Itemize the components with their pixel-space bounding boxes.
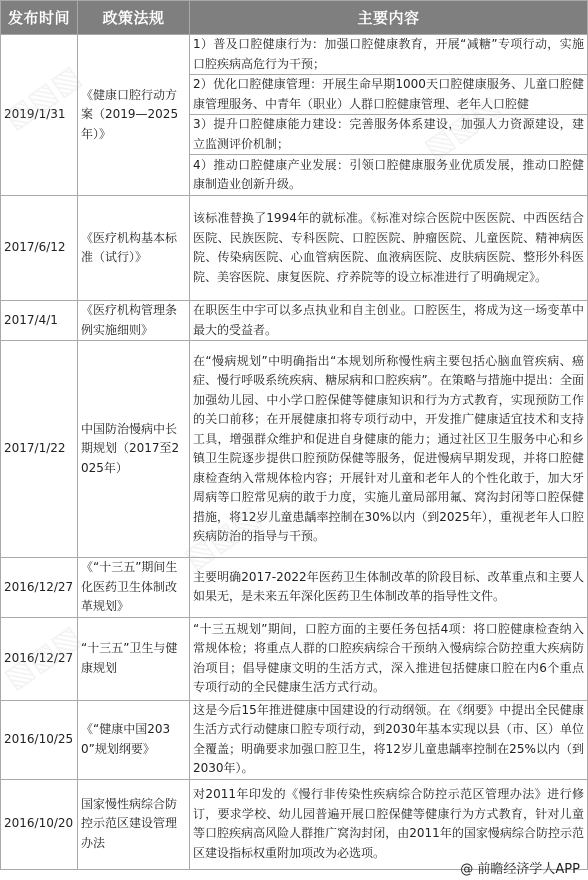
row-content-item: 1）普及口腔健康行为：加强口腔健康教育，开展“减糖”专项行动，实施口腔疾病高危行…	[190, 35, 588, 75]
row-content: 对2011年印发的《慢行非传染性疾病综合防控示范区管理办法》进行修订，要求学校、…	[190, 779, 588, 869]
row-date: 2016/12/27	[1, 617, 78, 700]
row-content: 在职医生中宇可以多点执业和自主创业。口腔医生，将成为这一场变革中最大的受益者。	[190, 301, 588, 341]
row-policy: 《医疗机构管理条例实施细则》	[78, 301, 190, 341]
table-row: 2016/12/27 “十三五”卫生与健康规划 “十三五规划”期间，口腔方面的主…	[1, 617, 588, 700]
row-date: 2017/1/22	[1, 341, 78, 558]
row-content: 这是今后15年推进健康中国建设的行动纲领。在《纲要》中提出全民健康生活方式行动健…	[190, 700, 588, 779]
row-content: 在“慢病规划”中明确指出“本规划所称慢性病主要包括心脑血管疾病、癌症、慢行呼吸系…	[190, 341, 588, 558]
header-content: 主要内容	[190, 1, 588, 35]
row-content: “十三五规划”期间，口腔方面的主要任务包括4项：将口腔健康检查纳入常规体检；将重…	[190, 617, 588, 700]
row-content: 主要明确2017-2022年医药卫生体制改革的阶段目标、改革重点和主要人如果无，…	[190, 558, 588, 618]
header-date: 发布时间	[1, 1, 78, 35]
row-policy: 《医疗机构基本标准（试行）》	[78, 196, 190, 301]
row-date: 2017/4/1	[1, 301, 78, 341]
row-date: 2016/12/27	[1, 558, 78, 618]
row-policy: “十三五”卫生与健康规划	[78, 617, 190, 700]
row-date: 2016/10/20	[1, 779, 78, 869]
row-content-item: 4）推动口腔健康产业发展：引领口腔健康服务业优质发展，推动口腔健康制造业创新升级…	[190, 155, 588, 196]
table-row: 2017/6/12 《医疗机构基本标准（试行）》 该标准替换了1994年的就标准…	[1, 196, 588, 301]
row-content-item: 3）提升口腔健康能力建设：完善服务体系建设，加强人力资源建设，建立监测评价机制；	[190, 115, 588, 155]
row-content-item: 2）优化口腔健康管理：开展生命早期1000天口腔健康服务、儿童口腔健康管理服务、…	[190, 75, 588, 115]
row-date: 2017/6/12	[1, 196, 78, 301]
table-row: 2016/10/25 《“健康中国2030”规划纲要》 这是今后15年推进健康中…	[1, 700, 588, 779]
row-policy: 《“健康中国2030”规划纲要》	[78, 700, 190, 779]
header-policy: 政策法规	[78, 1, 190, 35]
table-header-row: 发布时间 政策法规 主要内容	[1, 1, 588, 35]
row-policy: 《“十三五”期间生化医药卫生体制改革规划》	[78, 558, 190, 618]
row-content: 该标准替换了1994年的就标准。《标准对综合医院中医医院、中西医结合医院、民族医…	[190, 196, 588, 301]
source-credit: @ 前瞻经济学人APP	[460, 858, 580, 877]
table-row: 2017/1/22 中国防治慢病中长期规划（2017至2025年） 在“慢病规划…	[1, 341, 588, 558]
table-row: 2019/1/31 《健康口腔行动方案（2019—2025年）》 1）普及口腔健…	[1, 35, 588, 75]
row-policy: 中国防治慢病中长期规划（2017至2025年）	[78, 341, 190, 558]
row-policy: 《健康口腔行动方案（2019—2025年）》	[78, 35, 190, 196]
row-date: 2016/10/25	[1, 700, 78, 779]
row-date: 2019/1/31	[1, 35, 78, 196]
row-policy: 国家慢性病综合防控示范区建设管理办法	[78, 779, 190, 869]
table-row: 2017/4/1 《医疗机构管理条例实施细则》 在职医生中宇可以多点执业和自主创…	[1, 301, 588, 341]
policy-table: 发布时间 政策法规 主要内容 2019/1/31 《健康口腔行动方案（2019—…	[0, 0, 588, 870]
table-row: 2016/10/20 国家慢性病综合防控示范区建设管理办法 对2011年印发的《…	[1, 779, 588, 869]
table-row: 2016/12/27 《“十三五”期间生化医药卫生体制改革规划》 主要明确201…	[1, 558, 588, 618]
